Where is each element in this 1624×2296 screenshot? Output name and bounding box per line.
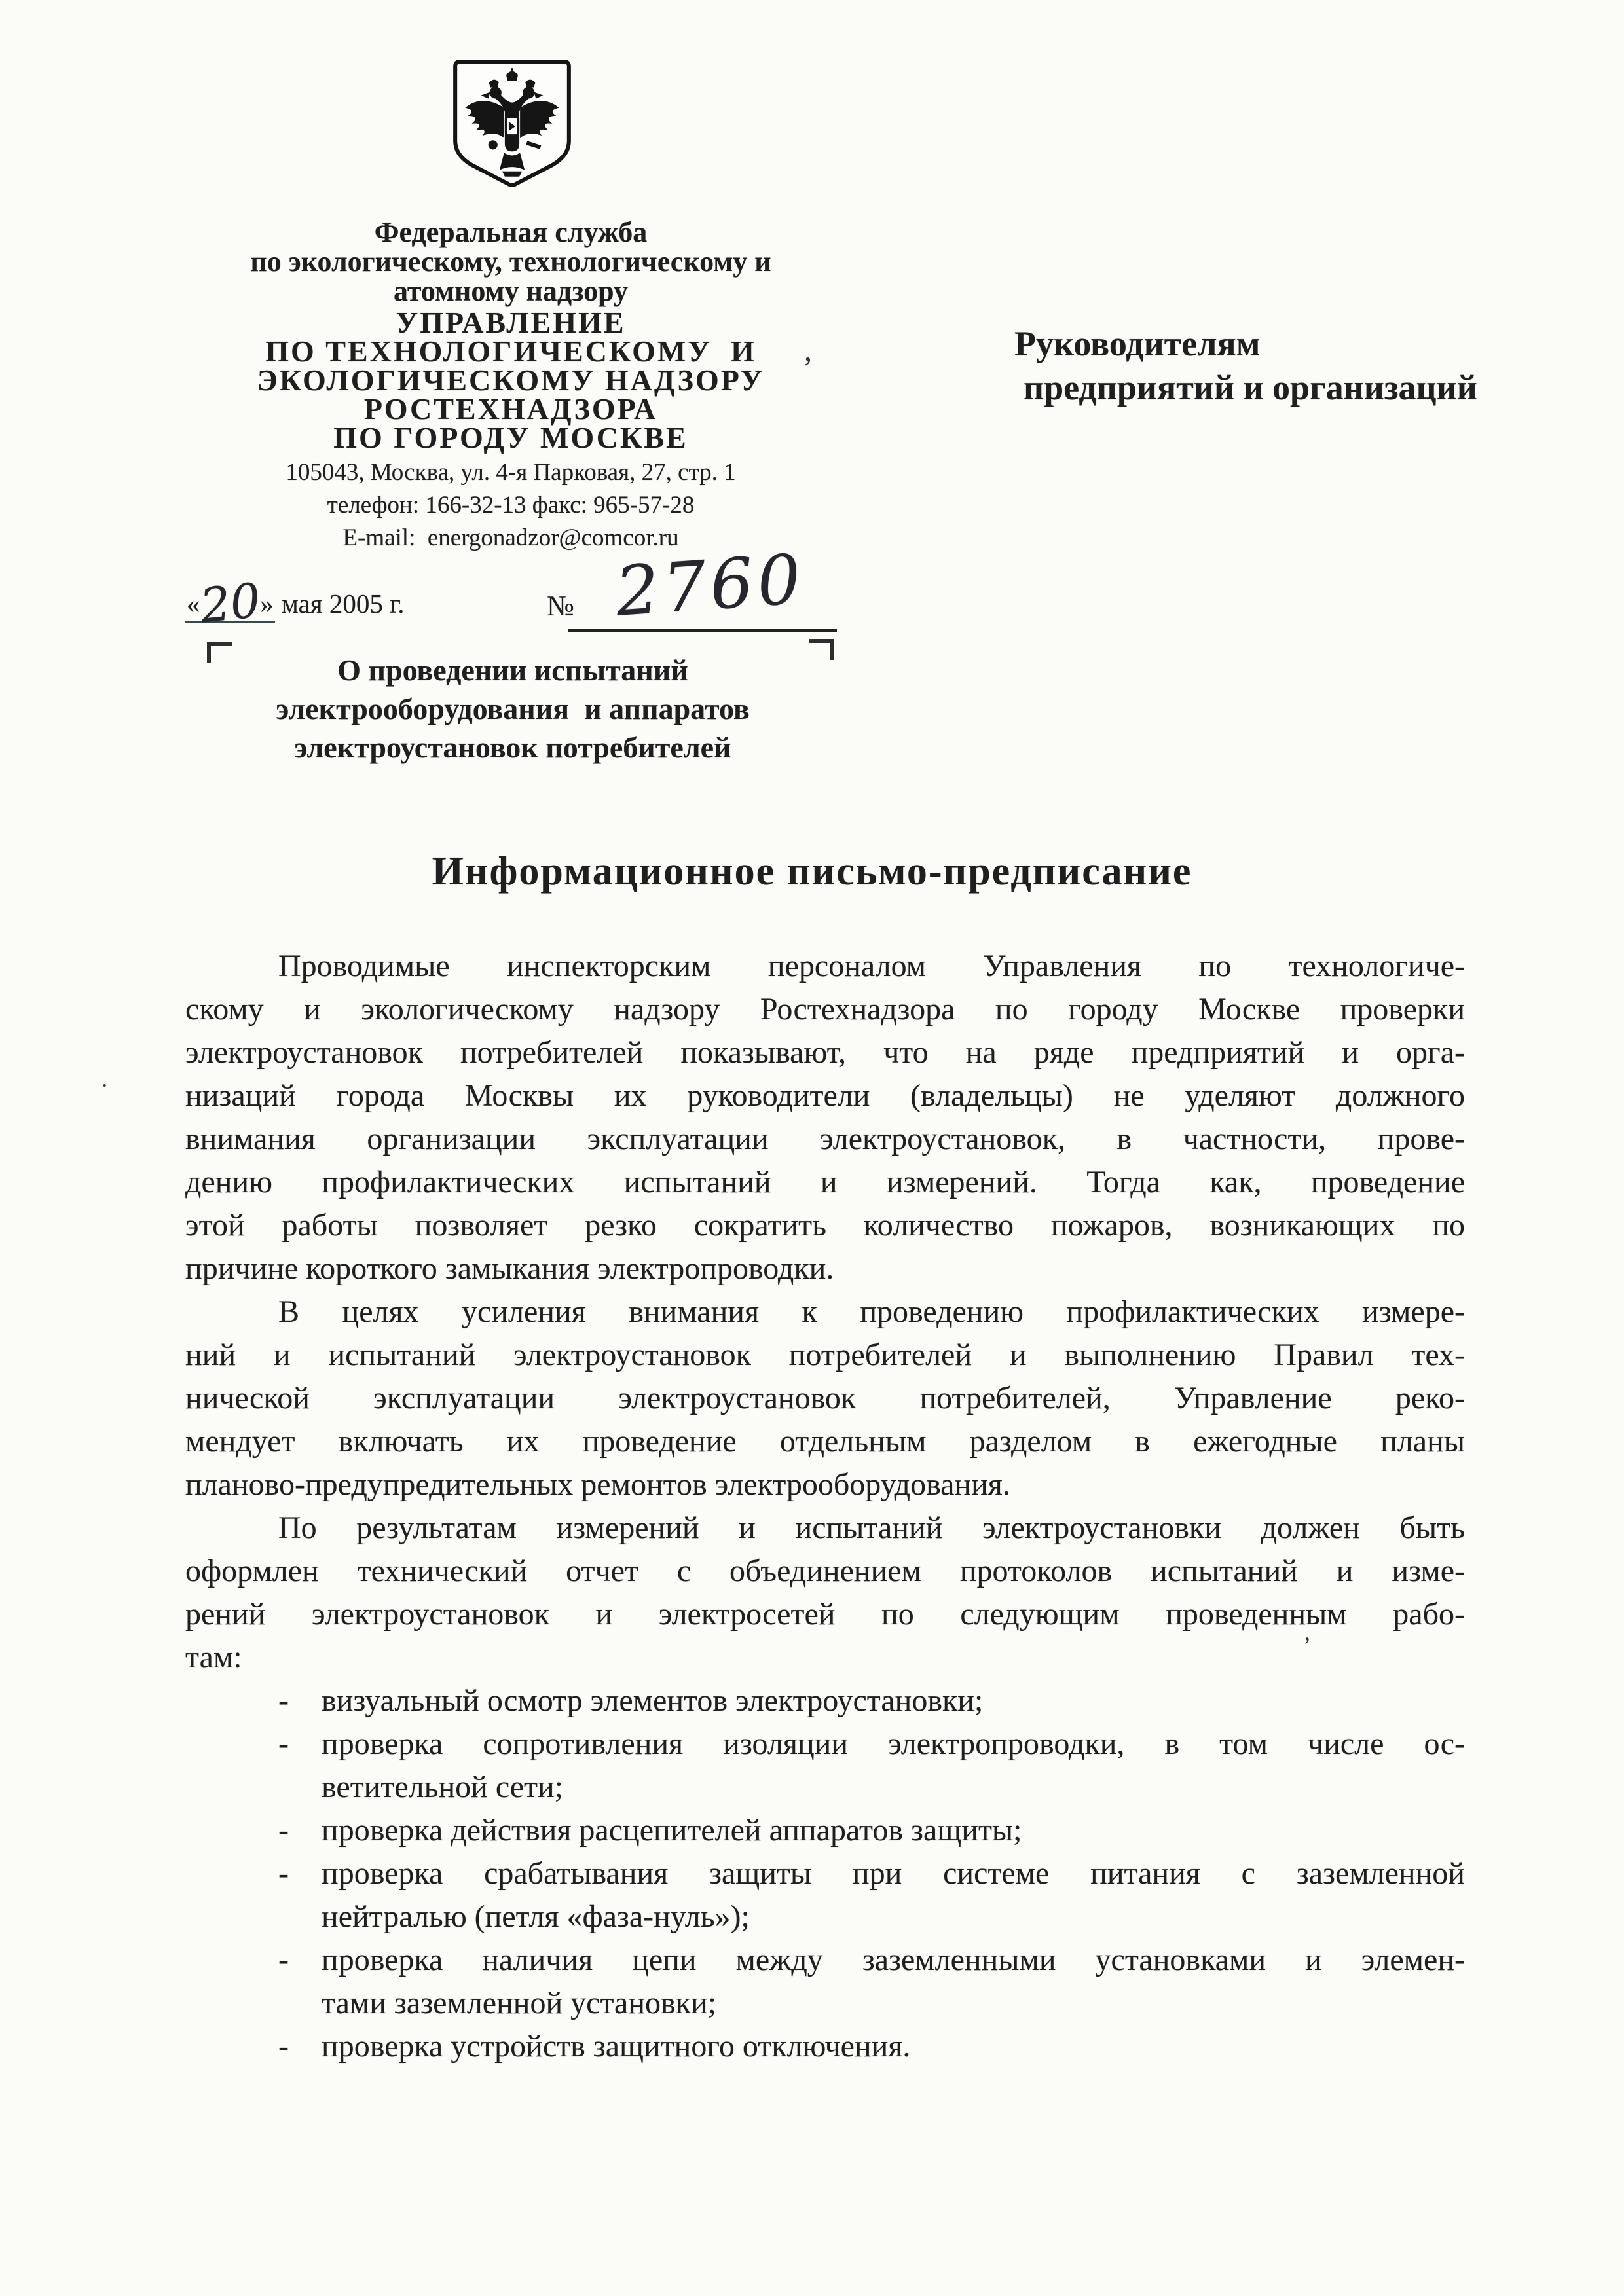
body-line: проверка наличия цепи между заземленными…	[322, 1939, 1465, 1982]
list-item: -проверка действия расцепителей аппарато…	[278, 1809, 1465, 1852]
department-name-line: УПРАВЛЕНИЕ	[210, 308, 812, 337]
scan-artifact-dot: ·	[101, 1074, 108, 1099]
body-line: нической эксплуатации электроустановок п…	[185, 1377, 1465, 1420]
body-line: ний и испытаний электроустановок потреби…	[185, 1334, 1465, 1377]
contact-info-line: 105043, Москва, ул. 4-я Парковая, 27, ст…	[210, 456, 812, 489]
subject-block: О проведении испытанийэлектрооборудовани…	[216, 651, 809, 767]
body-line: проверка устройств защитного отключения.	[322, 2025, 1465, 2068]
list-bullet: -	[278, 1939, 289, 1982]
agency-name: Федеральная службапо экологическому, тех…	[210, 217, 812, 306]
addressee-line: предприятий и организаций	[1014, 366, 1538, 410]
body-line: планово-предупредительных ремонтов элект…	[185, 1463, 1465, 1506]
body-line: мендует включать их проведение отдельным…	[185, 1420, 1465, 1463]
body-line: ветительной сети;	[322, 1766, 1465, 1809]
letterhead: Федеральная службапо экологическому, тех…	[210, 217, 812, 555]
department-name: УПРАВЛЕНИЕПО ТЕХНОЛОГИЧЕСКОМУ ИЭКОЛОГИЧЕ…	[210, 308, 812, 452]
list-item: -проверка наличия цепи между заземленным…	[278, 1939, 1465, 2025]
number-underline	[568, 629, 837, 632]
body-line: внимания организации эксплуатации электр…	[185, 1118, 1465, 1161]
body-paragraph: По результатам измерений и испытаний эле…	[185, 1506, 1465, 1679]
body-line: нейтралью (петля «фаза-нуль»);	[322, 1895, 1465, 1939]
subject-line: электрооборудования и аппаратов	[216, 689, 809, 728]
scanned-letter-page: Федеральная службапо экологическому, тех…	[0, 0, 1624, 2296]
scan-artifact-tick: ’	[1303, 1631, 1311, 1659]
body-paragraph: В целях усиления внимания к проведению п…	[185, 1290, 1465, 1506]
handwritten-day: 20	[199, 587, 261, 619]
department-name-line: ПО ТЕХНОЛОГИЧЕСКОМУ И	[210, 337, 812, 366]
body-line: проверка сопротивления изоляции электроп…	[322, 1722, 1465, 1766]
body-line: проверка срабатывания защиты при системе…	[322, 1852, 1465, 1895]
body-line: По результатам измерений и испытаний эле…	[185, 1506, 1465, 1550]
body-line: визуальный осмотр элементов электроустан…	[322, 1679, 1465, 1722]
list-bullet: -	[278, 1722, 289, 1766]
body-line: дению профилактических испытаний и измер…	[185, 1161, 1465, 1204]
contact-info: 105043, Москва, ул. 4-я Парковая, 27, ст…	[210, 456, 812, 555]
date-rest: мая 2005 г.	[275, 589, 405, 619]
scan-artifact-comma: ,	[804, 333, 812, 369]
letter-body: Проводимые инспекторским персоналом Упра…	[185, 945, 1465, 2068]
body-line: В целях усиления внимания к проведению п…	[185, 1290, 1465, 1334]
list-bullet: -	[278, 2025, 289, 2068]
body-line: электроустановок потребителей показывают…	[185, 1031, 1465, 1074]
body-line: причине короткого замыкания электропрово…	[185, 1247, 1465, 1290]
list-item: -проверка устройств защитного отключения…	[278, 2025, 1465, 2068]
quote-close: »	[260, 589, 274, 619]
coat-of-arms-icon	[449, 56, 575, 192]
list-bullet: -	[278, 1809, 289, 1852]
list-item: -проверка сопротивления изоляции электро…	[278, 1722, 1465, 1809]
quote-open: «	[187, 589, 200, 619]
department-name-line: РОСТЕХНАДЗОРА	[210, 395, 812, 424]
agency-name-line: атомному надзору	[210, 276, 812, 306]
contact-info-line: телефон: 166-32-13 факс: 965-57-28	[210, 489, 812, 522]
subject-line: электроустановок потребителей	[216, 728, 809, 767]
body-line: проверка действия расцепителей аппаратов…	[322, 1809, 1465, 1852]
list-item: -проверка срабатывания защиты при систем…	[278, 1852, 1465, 1939]
body-line: оформлен технический отчет с объединение…	[185, 1550, 1465, 1593]
department-name-line: ПО ГОРОДУ МОСКВЕ	[210, 424, 812, 452]
list-bullet: -	[278, 1852, 289, 1895]
agency-name-line: Федеральная служба	[210, 217, 812, 247]
list-bullet: -	[278, 1679, 289, 1722]
document-title: Информационное письмо-предписание	[0, 848, 1624, 895]
list-item: -визуальный осмотр элементов электроуста…	[278, 1679, 1465, 1722]
body-line: этой работы позволяет резко сократить ко…	[185, 1204, 1465, 1247]
addressee-line: Руководителям	[1014, 322, 1538, 366]
body-line: скому и экологическому надзору Ростехнад…	[185, 988, 1465, 1031]
body-line: рений электроустановок и электросетей по…	[185, 1593, 1465, 1636]
body-paragraph: Проводимые инспекторским персоналом Упра…	[185, 945, 1465, 1290]
addressee-block: Руководителямпредприятий и организаций	[1014, 322, 1538, 410]
corner-mark-right	[809, 639, 834, 660]
body-line: тами заземленной установки;	[322, 1982, 1465, 2025]
handwritten-outgoing-number: 2760	[614, 545, 807, 626]
number-sign: №	[547, 589, 574, 623]
body-line: Проводимые инспекторским персоналом Упра…	[185, 945, 1465, 988]
body-line: там:	[185, 1636, 1465, 1679]
department-name-line: ЭКОЛОГИЧЕСКОМУ НАДЗОРУ	[210, 366, 812, 395]
date-field: «20» мая 2005 г.	[185, 588, 405, 623]
agency-name-line: по экологическому, технологическому и	[210, 247, 812, 276]
body-line: низаций города Москвы их руководители (в…	[185, 1074, 1465, 1118]
subject-line: О проведении испытаний	[216, 651, 809, 689]
day-underline: «20»	[185, 588, 275, 623]
